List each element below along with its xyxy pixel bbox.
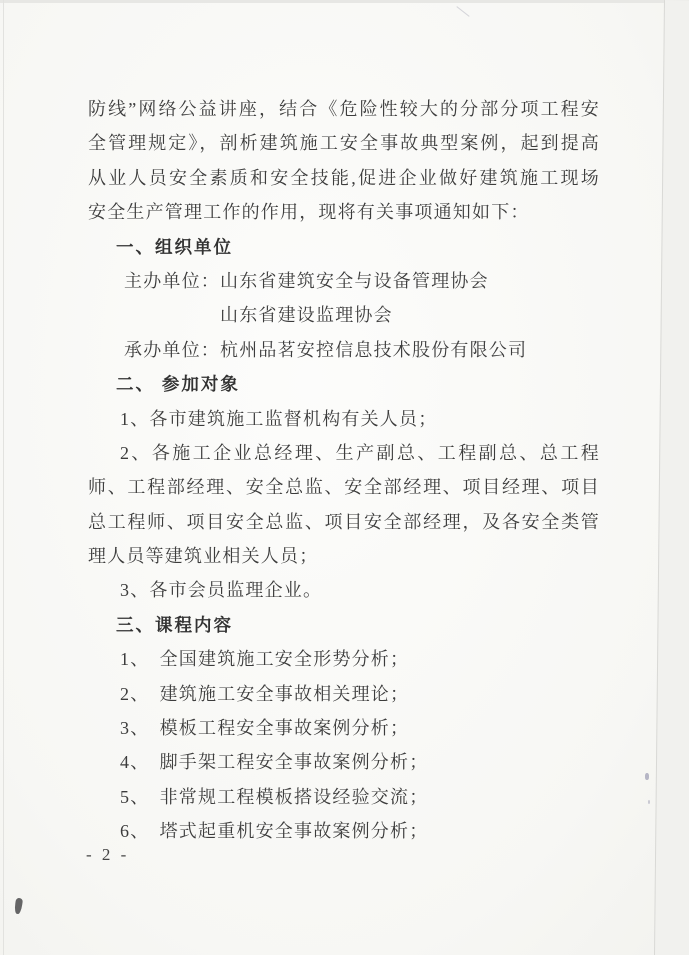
participant-item: 3、各市会员监理企业。: [88, 573, 600, 607]
paragraph-line: 全管理规定》，剖析建筑施工安全事故典型案例，起到提高: [88, 126, 600, 160]
undertaker-line: 承办单位：杭州品茗安控信息技术股份有限公司: [88, 333, 600, 367]
section-heading-3: 三、课程内容: [88, 608, 600, 642]
paragraph-line: 防线”网络公益讲座，结合《危险性较大的分部分项工程安: [88, 92, 600, 126]
paragraph-line: 安全生产管理工作的作用，现将有关事项通知如下：: [88, 195, 600, 229]
paragraph-line: 从业人员安全素质和安全技能,促进企业做好建筑施工现场: [88, 161, 600, 195]
page-number: - 2 -: [86, 845, 129, 865]
scan-edge-top: [0, 0, 689, 3]
organizer-line: 山东省建设监理协会: [88, 298, 600, 332]
participant-item: 2、各施工企业总经理、生产副总、工程副总、总工程: [88, 436, 600, 470]
course-item: 1、 全国建筑施工安全形势分析；: [88, 642, 600, 676]
organizer-line: 主办单位：山东省建筑安全与设备管理协会: [88, 264, 600, 298]
paragraph-line: 总工程师、项目安全总监、项目安全部经理，及各安全类管: [88, 505, 600, 539]
course-item: 2、 建筑施工安全事故相关理论；: [88, 677, 600, 711]
scan-edge-left: [3, 0, 4, 955]
section-heading-1: 一、组织单位: [88, 230, 600, 264]
paragraph-line: 理人员等建筑业相关人员；: [88, 539, 600, 573]
course-item: 3、 模板工程安全事故案例分析；: [88, 711, 600, 745]
paragraph-line: 师、工程部经理、安全总监、安全部经理、项目经理、项目: [88, 470, 600, 504]
course-item: 4、 脚手架工程安全事故案例分析；: [88, 745, 600, 779]
section-heading-2: 二、 参加对象: [88, 367, 600, 401]
scan-speck: [648, 800, 650, 804]
participant-item: 1、各市建筑施工监督机构有关人员；: [88, 402, 600, 436]
course-item: 5、 非常规工程模板搭设经验交流；: [88, 780, 600, 814]
scan-speck: [645, 773, 649, 780]
course-item: 6、 塔式起重机安全事故案例分析；: [88, 814, 600, 848]
document-page: 防线”网络公益讲座，结合《危险性较大的分部分项工程安 全管理规定》，剖析建筑施工…: [88, 92, 600, 849]
